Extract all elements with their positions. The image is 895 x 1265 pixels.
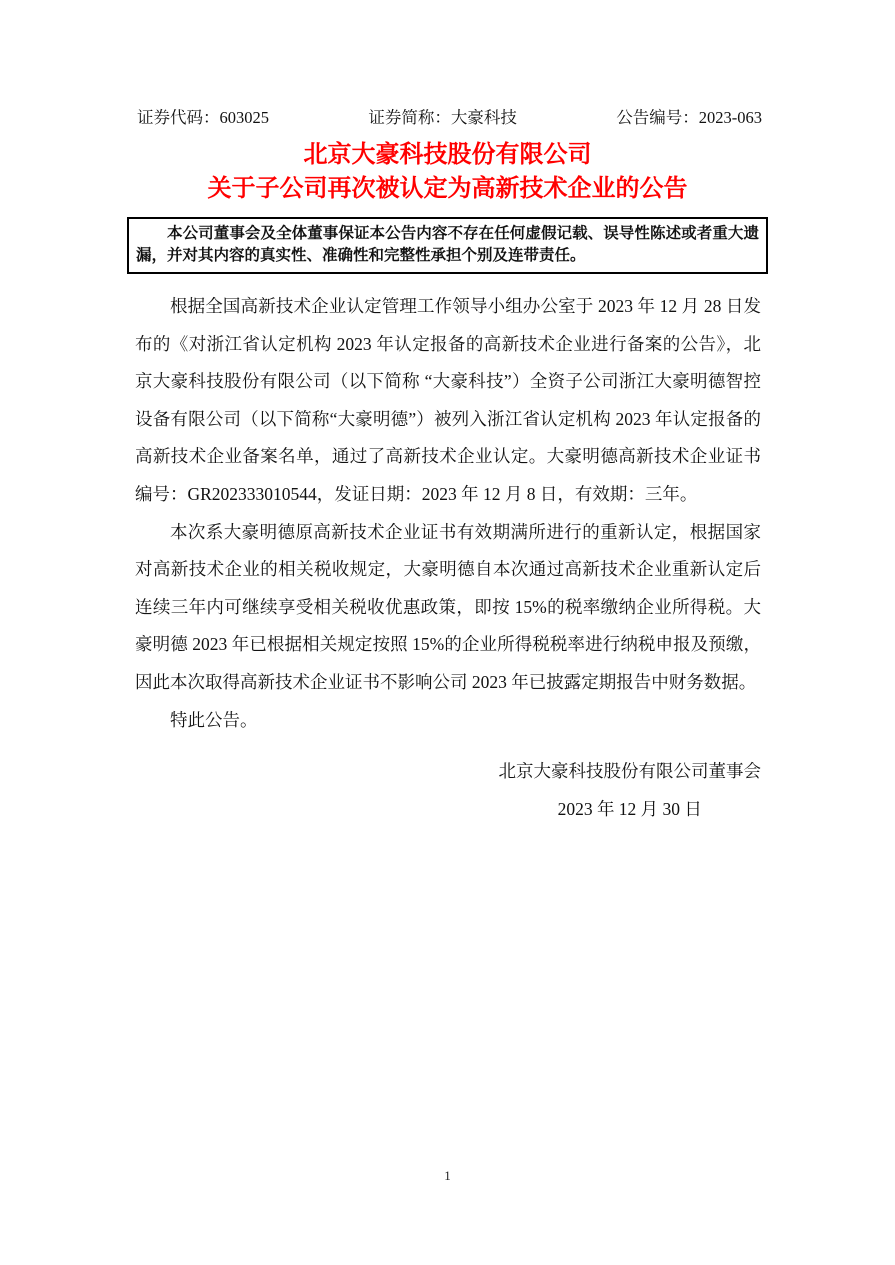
signature-company: 北京大豪科技股份有限公司董事会 bbox=[499, 753, 762, 791]
header-meta-row: 证券代码：603025 证券简称：大豪科技 公告编号：2023-063 bbox=[137, 104, 762, 128]
announcement-title: 北京大豪科技股份有限公司 关于子公司再次被认定为高新技术企业的公告 bbox=[0, 138, 895, 206]
announcement-page: 证券代码：603025 证券简称：大豪科技 公告编号：2023-063 北京大豪… bbox=[0, 0, 895, 1265]
title-line-company: 北京大豪科技股份有限公司 bbox=[0, 138, 895, 172]
disclaimer-text: 本公司董事会及全体董事保证本公告内容不存在任何虚假记载、误导性陈述或者重大遗漏，… bbox=[136, 225, 759, 264]
board-disclaimer-box: 本公司董事会及全体董事保证本公告内容不存在任何虚假记载、误导性陈述或者重大遗漏，… bbox=[127, 217, 768, 274]
title-line-subject: 关于子公司再次被认定为高新技术企业的公告 bbox=[0, 172, 895, 206]
page-number: 1 bbox=[0, 1168, 895, 1184]
announcement-number: 公告编号：2023-063 bbox=[616, 104, 762, 128]
stock-code: 证券代码：603025 bbox=[137, 104, 269, 128]
body-paragraph-1: 根据全国高新技术企业认定管理工作领导小组办公室于 2023 年 12 月 28 … bbox=[135, 288, 761, 514]
closing-statement: 特此公告。 bbox=[135, 702, 761, 740]
signature-block: 北京大豪科技股份有限公司董事会 2023 年 12 月 30 日 bbox=[499, 753, 762, 828]
stock-abbreviation: 证券简称：大豪科技 bbox=[368, 104, 517, 128]
signature-date: 2023 年 12 月 30 日 bbox=[499, 791, 762, 829]
body-paragraph-2: 本次系大豪明德原高新技术企业证书有效期满所进行的重新认定，根据国家对高新技术企业… bbox=[135, 514, 761, 702]
announcement-body: 根据全国高新技术企业认定管理工作领导小组办公室于 2023 年 12 月 28 … bbox=[135, 288, 761, 828]
